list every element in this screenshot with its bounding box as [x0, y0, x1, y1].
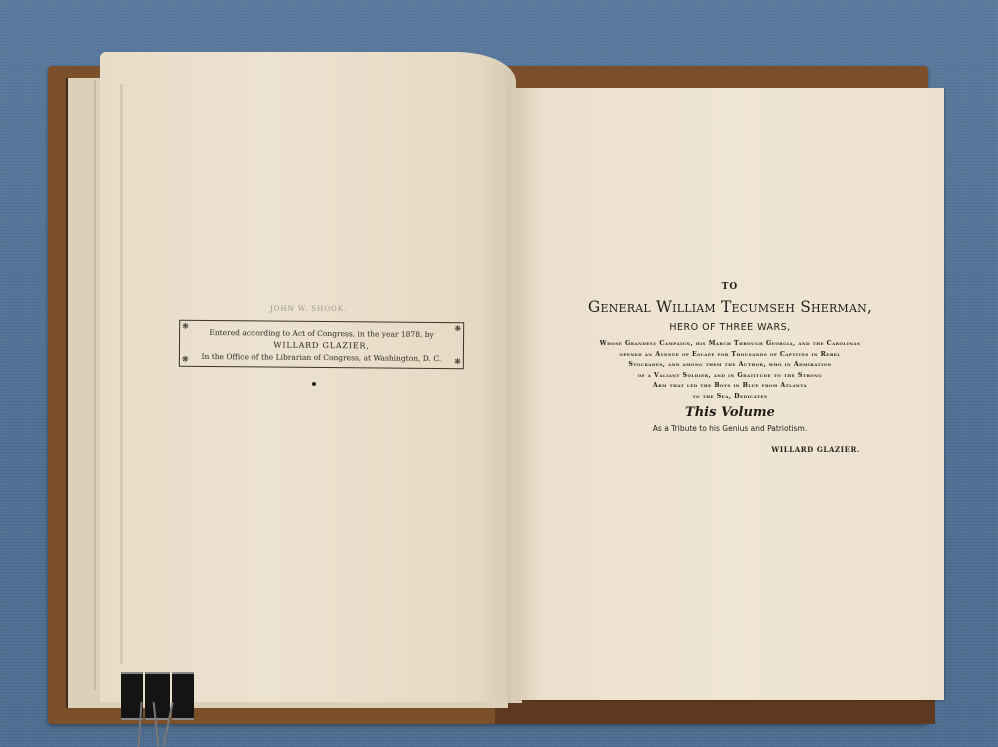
- left-page-fold: [120, 84, 123, 664]
- dedication-line: opened an Avenue of Escape for Thousands…: [560, 350, 900, 361]
- book-cover-bottom-edge: [495, 700, 935, 724]
- dedicatee-name: General William Tecumseh Sherman,: [560, 298, 900, 316]
- copyright-notice: ❋ ❋ ❋ ❋ Entered according to Act of Cong…: [179, 320, 464, 369]
- ink-spot: [312, 382, 316, 386]
- dedication-line: Stockades, and among them the Author, wh…: [560, 360, 900, 371]
- ornament-icon: ❋: [454, 358, 461, 366]
- dedication: TO General William Tecumseh Sherman, HER…: [560, 282, 900, 454]
- copyright-line-3: In the Office of the Librarian of Congre…: [180, 352, 463, 363]
- this-volume: This Volume: [560, 405, 900, 420]
- ornament-icon: ❋: [182, 356, 189, 364]
- dedicatee-subtitle: HERO OF THREE WARS,: [560, 322, 900, 333]
- dedication-line: of a Valiant Soldier, and in Gratitude t…: [560, 371, 900, 382]
- dedication-line: Whose Grandest Campaign, his March Throu…: [560, 339, 900, 350]
- ornament-icon: ❋: [454, 325, 461, 333]
- author-signature: WILLARD GLAZIER.: [560, 445, 900, 454]
- faint-bleed-text: JOHN W. SHOOK.: [270, 305, 347, 313]
- tribute-line: As a Tribute to his Genius and Patriotis…: [560, 424, 900, 433]
- dedication-line: Arm that led the Boys in Blue from Atlan…: [560, 381, 900, 392]
- dedication-to: TO: [560, 282, 900, 292]
- dedication-line: to the Sea, Dedicates: [560, 392, 900, 403]
- page-edge-line: [94, 80, 96, 690]
- copyright-line-1: Entered according to Act of Congress, in…: [180, 328, 463, 339]
- ornament-icon: ❋: [182, 323, 189, 331]
- dedication-body: Whose Grandest Campaign, his March Throu…: [560, 339, 900, 402]
- binder-clip: [121, 672, 195, 716]
- left-page: [100, 52, 516, 702]
- copyright-line-2: WILLARD GLAZIER,: [180, 340, 463, 351]
